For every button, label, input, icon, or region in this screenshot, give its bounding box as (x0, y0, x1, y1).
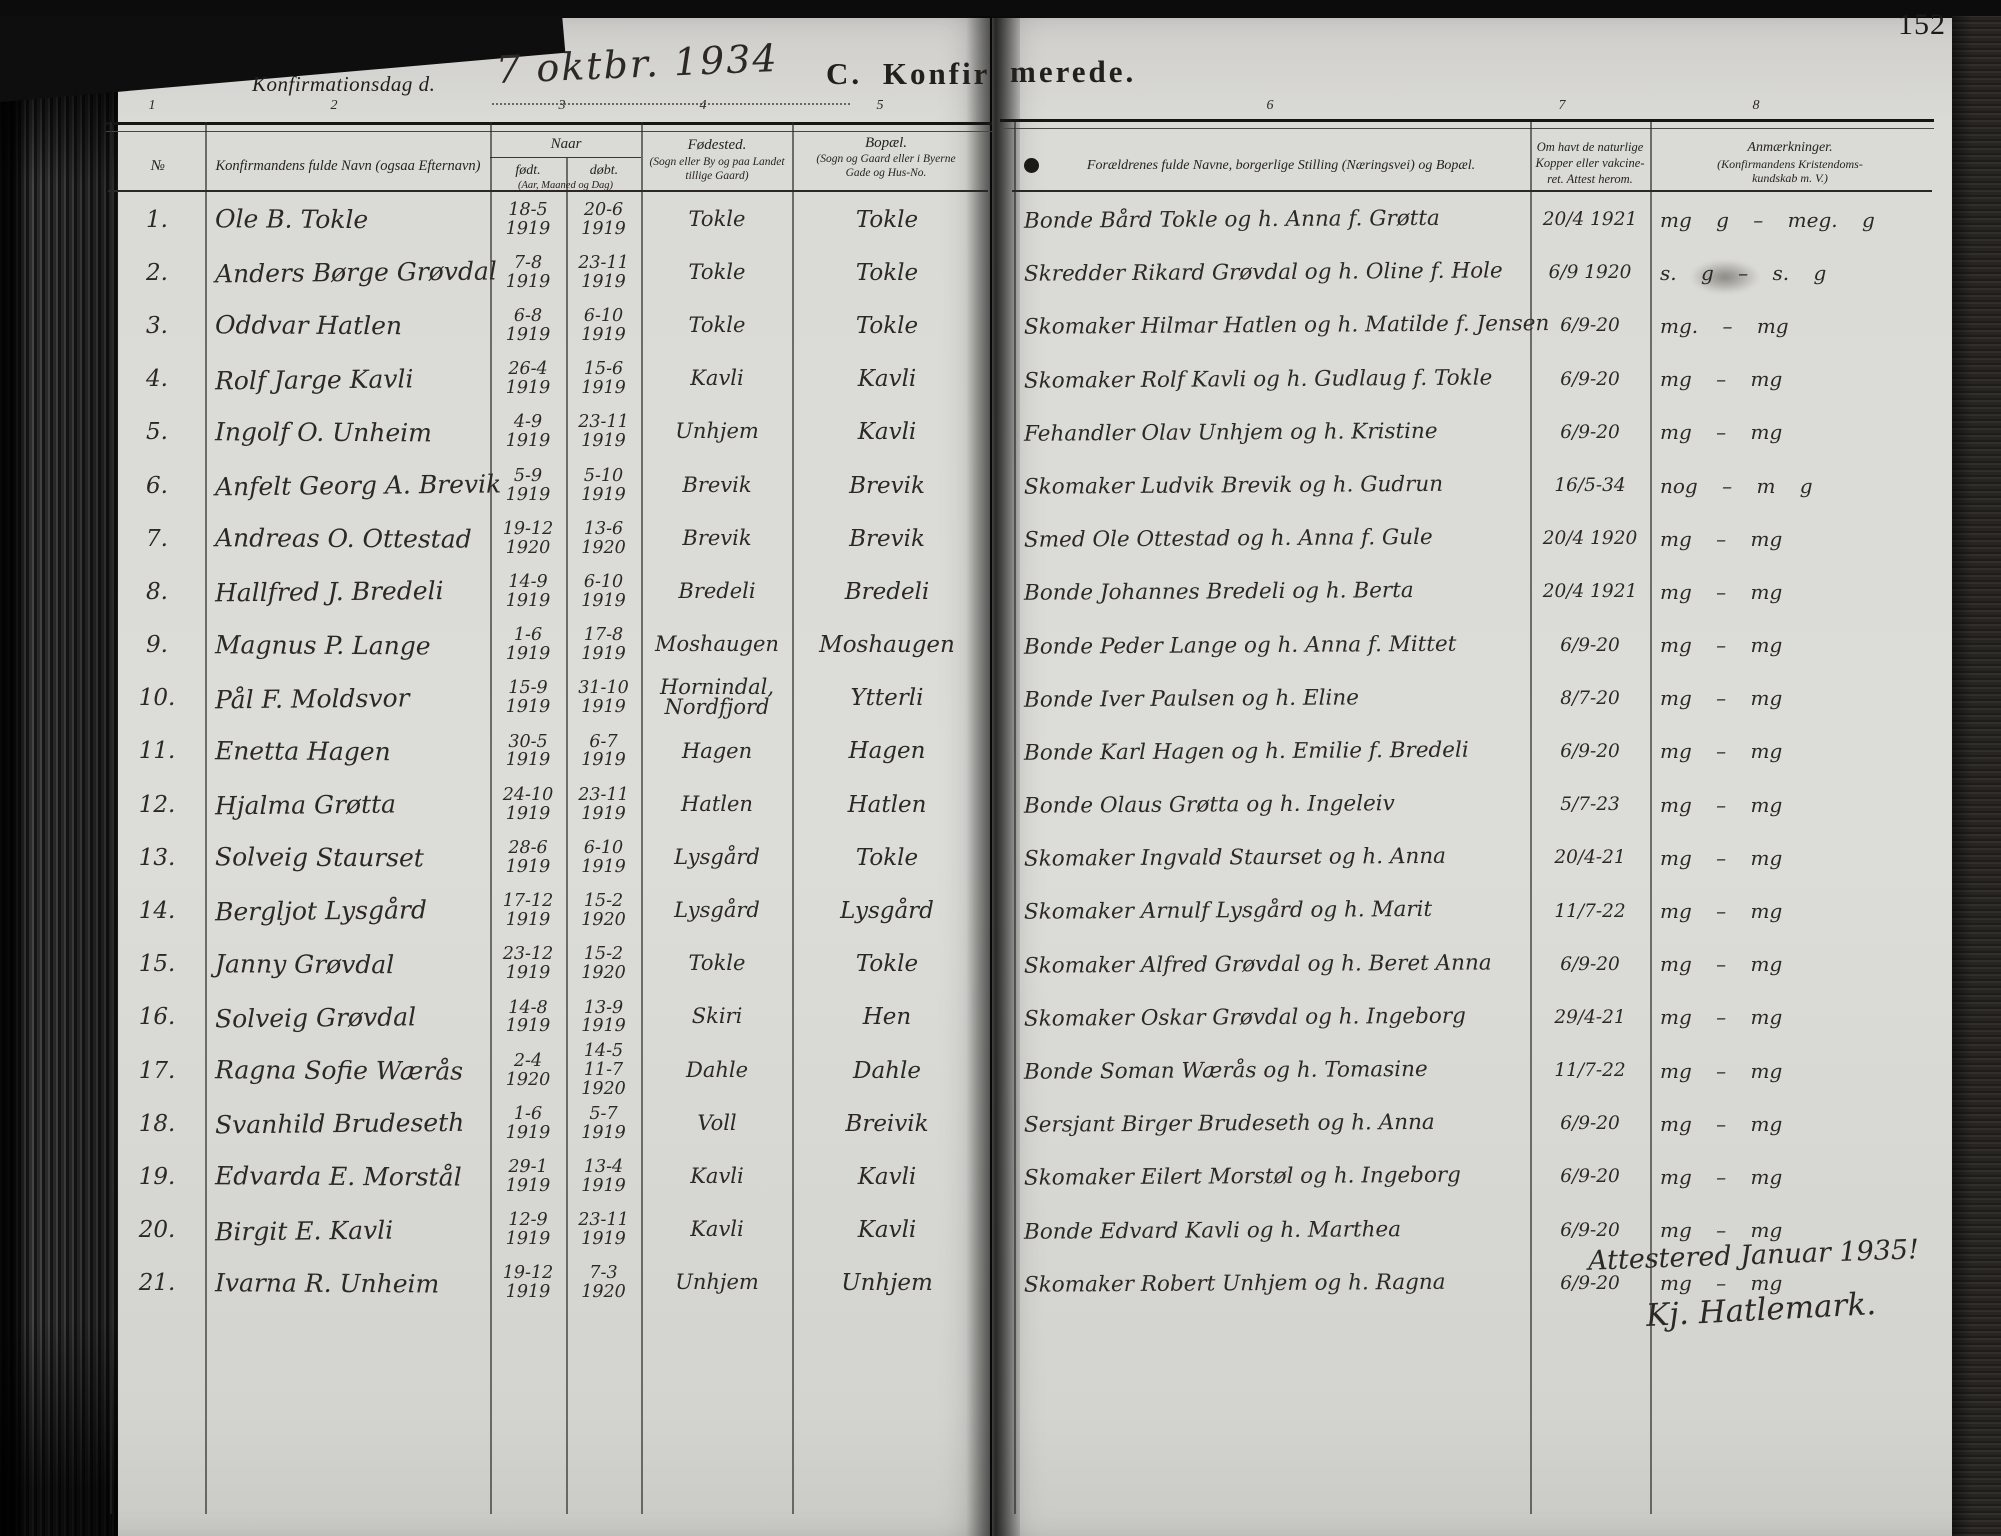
residence: Ytterli (796, 672, 978, 725)
born-day: 12-9 (492, 1211, 564, 1230)
vaccination-date: 6/9-20 (1534, 353, 1646, 406)
residence: Moshaugen (796, 619, 978, 672)
born-year: 1919 (492, 220, 564, 239)
confirmand-name: Solveig Grøvdal (215, 989, 488, 1045)
table-row: 19. Edvarda E. Morstål 29-1 1919 13-4 19… (0, 1150, 2001, 1203)
table-row: 5. Ingolf O. Unheim 4-9 1919 23-11 1919 … (0, 406, 2001, 459)
table-row: 1. Ole B. Tokle 18-5 1919 20-6 1919 Tokl… (0, 193, 2001, 246)
born-day: 28-6 (492, 839, 564, 858)
baptized-day: 6-10 (568, 839, 639, 858)
row-number: 18. (112, 1097, 202, 1150)
parents: Bonde Olaus Grøtta og h. Ingeleiv (1024, 776, 1526, 833)
header-bullet-icon (1024, 158, 1039, 173)
baptized-date: 23-11 1919 (568, 778, 639, 831)
baptized-date: 6-7 1919 (568, 725, 639, 778)
born-year: 1919 (492, 698, 564, 717)
remarks-grade: mg. – mg (1660, 299, 1916, 352)
born-date: 12-9 1919 (492, 1204, 564, 1257)
confirmand-name: Enetta Hagen (215, 724, 487, 779)
birthplace: Hagen (644, 725, 790, 778)
vaccination-date: 16/5-34 (1534, 459, 1646, 512)
baptized-year: 1919 (568, 326, 639, 345)
vaccination-date: 20/4 1921 (1534, 565, 1646, 618)
born-date: 4-9 1919 (492, 406, 564, 459)
born-day: 7-8 (492, 254, 564, 273)
row-number: 21. (112, 1257, 202, 1310)
baptized-date: 6-10 1919 (568, 565, 639, 618)
row-number: 3. (112, 299, 202, 352)
birthplace-text: Skiri (644, 1007, 790, 1027)
born-date: 14-8 1919 (492, 991, 564, 1044)
birthplace: Tokle (644, 246, 790, 299)
born-date: 14-9 1919 (492, 565, 564, 618)
born-day: 18-5 (492, 201, 564, 220)
baptized-year: 1920 (568, 964, 639, 983)
row-number: 6. (112, 459, 202, 512)
born-day: 6-8 (492, 307, 564, 326)
row-number: 20. (112, 1204, 202, 1257)
baptized-date: 23-11 1919 (568, 1204, 639, 1257)
row-number: 5. (112, 406, 202, 459)
residence: Kavli (796, 406, 978, 459)
residence: Hagen (796, 725, 978, 778)
birthplace: Hornindal, Nordfjord (644, 672, 790, 725)
vaccination-date: 20/4 1921 (1534, 193, 1646, 246)
birthplace-text: Lysgård (644, 901, 790, 921)
baptized-day: 23-11 (568, 254, 639, 273)
born-day: 19-12 (492, 1264, 564, 1283)
baptized-date: 15-6 1919 (568, 353, 639, 406)
birthplace: Moshaugen (644, 619, 790, 672)
born-day: 14-8 (492, 999, 564, 1018)
row-number: 4. (112, 353, 202, 406)
confirmand-name: Anfelt Georg A. Brevik (215, 458, 488, 514)
born-day: 23-12 (492, 945, 564, 964)
baptized-day: 23-11 (568, 1211, 639, 1230)
baptized-day: 13-4 (568, 1158, 639, 1177)
birthplace: Brevik (644, 459, 790, 512)
section-title-right: merede. (1010, 54, 1136, 90)
parents: Bonde Edvard Kavli og h. Marthea (1024, 1202, 1526, 1259)
residence: Kavli (796, 1204, 978, 1257)
residence: Tokle (796, 246, 978, 299)
row-number: 19. (112, 1150, 202, 1203)
born-date: 26-4 1919 (492, 353, 564, 406)
parents: Bonde Iver Paulsen og h. Eline (1024, 670, 1526, 727)
confirmand-name: Janny Grøvdal (215, 937, 487, 992)
birthplace-text: Brevik (644, 529, 790, 549)
header-residence-title: Bopæl. (794, 135, 978, 152)
birthplace-text: Hornindal, Nordfjord (644, 678, 790, 718)
table-row: 3. Oddvar Hatlen 6-8 1919 6-10 1919 Tokl… (0, 299, 2001, 352)
baptized-date: 15-2 1920 (568, 884, 639, 937)
header-birthplace-title: Fødested. (643, 137, 791, 154)
remarks-grade: mg – mg (1660, 512, 1916, 565)
column-number-2: 2 (331, 98, 338, 114)
birthplace: Skiri (644, 991, 790, 1044)
residence: Breivik (796, 1097, 978, 1150)
birthplace: Hatlen (644, 778, 790, 831)
birthplace-text: Tokle (644, 316, 790, 336)
birthplace-text: Kavli (644, 1220, 790, 1240)
parents: Bonde Bård Tokle og h. Anna f. Grøtta (1024, 191, 1526, 248)
born-day: 19-12 (492, 520, 564, 539)
header-remarks-sub2: kundskab m. V.) (1652, 171, 1928, 186)
birthplace: Brevik (644, 512, 790, 565)
parents: Bonde Peder Lange og h. Anna f. Mittet (1024, 617, 1526, 674)
column-number-5: 5 (877, 98, 884, 114)
remarks-grade: nog – m g (1660, 459, 1916, 512)
baptized-year: 1919 (568, 751, 639, 770)
born-date: 6-8 1919 (492, 299, 564, 352)
table-row: 16. Solveig Grøvdal 14-8 1919 13-9 1919 … (0, 991, 2001, 1044)
baptized-date: 17-8 1919 (568, 619, 639, 672)
born-date: 23-12 1919 (492, 938, 564, 991)
header-baptized: døbt. (567, 163, 641, 179)
born-year: 1919 (492, 805, 564, 824)
born-date: 19-12 1920 (492, 512, 564, 565)
baptized-year: 1919 (568, 645, 639, 664)
residence: Bredeli (796, 565, 978, 618)
remarks-grade: mg – mg (1660, 831, 1916, 884)
born-year: 1920 (492, 539, 564, 558)
birthplace-text: Hatlen (644, 795, 790, 815)
vaccination-date: 6/9-20 (1534, 725, 1646, 778)
born-year: 1919 (492, 592, 564, 611)
baptized-date: 5-7 1919 (568, 1097, 639, 1150)
birthplace: Tokle (644, 299, 790, 352)
residence: Brevik (796, 512, 978, 565)
born-day: 30-5 (492, 733, 564, 752)
baptized-year: 1920 (568, 1080, 639, 1099)
vaccination-date: 6/9-20 (1534, 299, 1646, 352)
baptized-year: 1919 (568, 1017, 639, 1036)
baptized-day: 15-2 (568, 892, 639, 911)
born-date: 18-5 1919 (492, 193, 564, 246)
baptized-day: 23-11 (568, 413, 639, 432)
birthplace-text: Hagen (644, 742, 790, 762)
baptized-date: 31-10 1919 (568, 672, 639, 725)
born-day: 15-9 (492, 679, 564, 698)
vaccination-date: 20/4 1920 (1534, 512, 1646, 565)
row-number: 1. (112, 193, 202, 246)
vaccination-date: 6/9-20 (1534, 1150, 1646, 1203)
header-when-sub: (Aar, Maaned og Dag) (489, 180, 642, 191)
born-year: 1919 (492, 273, 564, 292)
table-row: 2. Anders Børge Grøvdal 7-8 1919 23-11 1… (0, 246, 2001, 299)
column-number-6: 6 (1267, 98, 1274, 114)
confirmand-name: Ivarna R. Unheim (215, 1256, 487, 1311)
baptized-day: 17-8 (568, 626, 639, 645)
residence: Unhjem (796, 1257, 978, 1310)
baptized-date: 13-9 1919 (568, 991, 639, 1044)
birthplace: Unhjem (644, 1257, 790, 1310)
born-date: 29-1 1919 (492, 1150, 564, 1203)
birthplace: Dahle (644, 1044, 790, 1097)
remarks-grade: mg – mg (1660, 991, 1916, 1044)
parents: Smed Ole Ottestad og h. Anna f. Gule (1024, 510, 1526, 567)
row-number: 15. (112, 938, 202, 991)
table-row: 10. Pål F. Moldsvor 15-9 1919 31-10 1919… (0, 672, 2001, 725)
baptized-date: 20-6 1919 (568, 193, 639, 246)
baptized-day: 14-5 11-7 (568, 1042, 639, 1080)
row-number: 8. (112, 565, 202, 618)
residence: Brevik (796, 459, 978, 512)
birthplace-text: Voll (644, 1114, 790, 1134)
born-year: 1919 (492, 379, 564, 398)
parents: Sersjant Birger Brudeseth og h. Anna (1024, 1095, 1526, 1152)
column-number-1: 1 (149, 98, 156, 114)
header-vaccination-line1: Om havt de naturlige (1532, 140, 1648, 155)
row-number: 2. (112, 246, 202, 299)
header-no: № (112, 158, 204, 175)
residence: Dahle (796, 1044, 978, 1097)
vaccination-date: 5/7-23 (1534, 778, 1646, 831)
residence: Tokle (796, 938, 978, 991)
baptized-date: 13-4 1919 (568, 1150, 639, 1203)
header-vaccination-line3: ret. Attest herom. (1532, 172, 1648, 187)
residence: Tokle (796, 193, 978, 246)
born-date: 7-8 1919 (492, 246, 564, 299)
row-number: 10. (112, 672, 202, 725)
born-date: 5-9 1919 (492, 459, 564, 512)
table-row: 9. Magnus P. Lange 1-6 1919 17-8 1919 Mo… (0, 619, 2001, 672)
born-date: 17-12 1919 (492, 884, 564, 937)
remarks-grade: mg – mg (1660, 353, 1916, 406)
vaccination-date: 29/4-21 (1534, 991, 1646, 1044)
baptized-year: 1919 (568, 273, 639, 292)
table-row: 7. Andreas O. Ottestad 19-12 1920 13-6 1… (0, 512, 2001, 565)
confirmand-name: Rolf Jarge Kavli (215, 351, 488, 407)
confirmand-name: Svanhild Brudeseth (215, 1096, 488, 1152)
vaccination-date: 6/9-20 (1534, 1097, 1646, 1150)
residence: Hatlen (796, 778, 978, 831)
remarks-grade: mg – mg (1660, 778, 1916, 831)
remarks-grade: mg – mg (1660, 938, 1916, 991)
header-vaccination-line2: Kopper eller vakcine- (1532, 156, 1648, 171)
baptized-date: 7-3 1920 (568, 1257, 639, 1310)
baptized-date: 15-2 1920 (568, 938, 639, 991)
baptized-date: 23-11 1919 (568, 406, 639, 459)
birthplace: Bredeli (644, 565, 790, 618)
parents: Skomaker Alfred Grøvdal og h. Beret Anna (1024, 936, 1526, 993)
confirmand-name: Edvarda E. Morstål (215, 1150, 487, 1205)
born-year: 1919 (492, 751, 564, 770)
born-day: 1-6 (492, 1105, 564, 1124)
born-date: 15-9 1919 (492, 672, 564, 725)
baptized-day: 23-11 (568, 786, 639, 805)
confirmand-name: Hjalma Grøtta (215, 777, 488, 833)
baptized-day: 31-10 (568, 679, 639, 698)
vaccination-date: 6/9-20 (1534, 938, 1646, 991)
birthplace: Unhjem (644, 406, 790, 459)
row-number: 17. (112, 1044, 202, 1097)
born-day: 24-10 (492, 786, 564, 805)
confirmand-name: Magnus P. Lange (215, 618, 487, 673)
table-row: 17. Ragna Sofie Wærås 2-4 1920 14-5 11-7… (0, 1044, 2001, 1097)
baptized-year: 1919 (568, 1230, 639, 1249)
baptized-day: 6-10 (568, 307, 639, 326)
row-number: 16. (112, 991, 202, 1044)
remarks-grade: mg – mg (1660, 406, 1916, 459)
birthplace: Kavli (644, 1204, 790, 1257)
baptized-day: 15-2 (568, 945, 639, 964)
born-year: 1919 (492, 432, 564, 451)
confirmand-name: Birgit E. Kavli (215, 1202, 488, 1258)
born-year: 1919 (492, 1283, 564, 1302)
parents: Skomaker Oskar Grøvdal og h. Ingeborg (1024, 989, 1526, 1046)
baptized-year: 1919 (568, 432, 639, 451)
parents: Skredder Rikard Grøvdal og h. Oline f. H… (1024, 244, 1526, 301)
parents: Skomaker Eilert Morstøl og h. Ingeborg (1024, 1149, 1526, 1206)
header-parents: Forældrenes fulde Navne, borgerlige Stil… (1046, 158, 1516, 174)
table-top-thin-rule-right (1000, 128, 1934, 129)
table-top-thin-rule-left (106, 131, 992, 132)
vaccination-date: 11/7-22 (1534, 1044, 1646, 1097)
parents: Fehandler Olav Unhjem og h. Kristine (1024, 404, 1526, 461)
remarks-grade: mg – mg (1660, 619, 1916, 672)
confirmand-name: Solveig Staurset (215, 831, 487, 886)
table-row: 18. Svanhild Brudeseth 1-6 1919 5-7 1919… (0, 1097, 2001, 1150)
born-day: 14-9 (492, 573, 564, 592)
residence: Tokle (796, 831, 978, 884)
row-number: 7. (112, 512, 202, 565)
confirmand-name: Ingolf O. Unheim (215, 405, 487, 460)
remarks-grade: mg – mg (1660, 1097, 1916, 1150)
confirmation-day-underline (492, 103, 850, 105)
born-date: 24-10 1919 (492, 778, 564, 831)
baptized-year: 1919 (568, 858, 639, 877)
remarks-grade: mg – mg (1660, 725, 1916, 778)
header-when: Naar (491, 136, 641, 153)
column-number-7: 7 (1559, 98, 1566, 114)
born-year: 1919 (492, 858, 564, 877)
header-birthplace-sub2: tillige Gaard) (641, 170, 793, 182)
header-birthplace-sub1: (Sogn eller By og paa Landet (641, 156, 793, 168)
baptized-day: 15-6 (568, 360, 639, 379)
row-number: 12. (112, 778, 202, 831)
born-date: 1-6 1919 (492, 619, 564, 672)
baptized-date: 14-5 11-7 1920 (568, 1044, 639, 1097)
baptized-day: 6-7 (568, 733, 639, 752)
remarks-grade: mg g – meg. g (1660, 193, 1916, 246)
remarks-grade: s. g – s. g (1660, 246, 1916, 299)
column-number-4: 4 (700, 98, 707, 114)
row-number: 9. (112, 619, 202, 672)
born-year: 1919 (492, 326, 564, 345)
parents: Skomaker Rolf Kavli og h. Gudlaug f. Tok… (1024, 351, 1526, 408)
baptized-day: 6-10 (568, 573, 639, 592)
table-top-rule-right (1000, 119, 1934, 122)
rows: 1. Ole B. Tokle 18-5 1919 20-6 1919 Tokl… (0, 193, 2001, 1310)
confirmand-name: Bergljot Lysgård (215, 883, 488, 939)
born-date: 30-5 1919 (492, 725, 564, 778)
birthplace: Tokle (644, 193, 790, 246)
baptized-year: 1920 (568, 1283, 639, 1302)
header-residence-sub1: (Sogn og Gaard eller i Byerne (792, 153, 980, 165)
header-born: født. (491, 163, 565, 179)
birthplace-text: Dahle (644, 1061, 790, 1081)
born-day: 1-6 (492, 626, 564, 645)
table-row: 4. Rolf Jarge Kavli 26-4 1919 15-6 1919 … (0, 353, 2001, 406)
vaccination-date: 20/4-21 (1534, 831, 1646, 884)
baptized-year: 1920 (568, 911, 639, 930)
birthplace-text: Unhjem (644, 1273, 790, 1293)
parents: Skomaker Arnulf Lysgård og h. Marit (1024, 883, 1526, 940)
baptized-year: 1919 (568, 1177, 639, 1196)
born-year: 1919 (492, 1177, 564, 1196)
parents: Bonde Karl Hagen og h. Emilie f. Bredeli (1024, 723, 1526, 780)
table-row: 15. Janny Grøvdal 23-12 1919 15-2 1920 T… (0, 938, 2001, 991)
baptized-year: 1919 (568, 698, 639, 717)
baptized-date: 23-11 1919 (568, 246, 639, 299)
birthplace-text: Moshaugen (644, 635, 790, 655)
confirmand-name: Oddvar Hatlen (215, 299, 487, 354)
residence: Kavli (796, 353, 978, 406)
birthplace-text: Kavli (644, 1167, 790, 1187)
table-row: 8. Hallfred J. Bredeli 14-9 1919 6-10 19… (0, 565, 2001, 618)
column-number-3: 3 (559, 98, 566, 114)
born-year: 1919 (492, 911, 564, 930)
born-year: 1920 (492, 1071, 564, 1090)
row-number: 13. (112, 831, 202, 884)
row-number: 11. (112, 725, 202, 778)
born-day: 4-9 (492, 413, 564, 432)
remarks-grade: mg – mg (1660, 672, 1916, 725)
parents: Skomaker Ludvik Brevik og h. Gudrun (1024, 457, 1526, 514)
confirmand-name: Ragna Sofie Wærås (215, 1043, 487, 1098)
confirmation-day-label: Konfirmationsdag d. (252, 72, 435, 97)
born-year: 1919 (492, 1017, 564, 1036)
born-day: 2-4 (492, 1052, 564, 1071)
confirmand-name: Anders Børge Grøvdal (215, 245, 488, 301)
scan-top-edge (0, 0, 2001, 16)
birthplace-text: Unhjem (644, 422, 790, 442)
baptized-year: 1919 (568, 486, 639, 505)
remarks-grade: mg – mg (1660, 884, 1916, 937)
born-year: 1919 (492, 1124, 564, 1143)
born-year: 1919 (492, 1230, 564, 1249)
baptized-year: 1919 (568, 1124, 639, 1143)
birthplace-text: Tokle (644, 954, 790, 974)
baptized-day: 20-6 (568, 201, 639, 220)
baptized-year: 1919 (568, 220, 639, 239)
birthplace-text: Kavli (644, 369, 790, 389)
baptized-day: 7-3 (568, 1264, 639, 1283)
birthplace: Kavli (644, 353, 790, 406)
remarks-grade: mg – mg (1660, 565, 1916, 618)
column-number-8: 8 (1753, 98, 1760, 114)
vaccination-date: 11/7-22 (1534, 884, 1646, 937)
birthplace: Lysgård (644, 831, 790, 884)
born-date: 19-12 1919 (492, 1257, 564, 1310)
baptized-date: 5-10 1919 (568, 459, 639, 512)
parents: Skomaker Hilmar Hatlen og h. Matilde f. … (1024, 298, 1526, 355)
baptized-date: 6-10 1919 (568, 299, 639, 352)
born-year: 1919 (492, 486, 564, 505)
confirmand-name: Ole B. Tokle (215, 192, 487, 247)
born-year: 1919 (492, 645, 564, 664)
header-remarks-title: Anmærkninger. (1652, 140, 1928, 156)
header-confirmand-name: Konfirmandens fulde Navn (ogsaa Efternav… (206, 158, 490, 175)
table-row: 11. Enetta Hagen 30-5 1919 6-7 1919 Hage… (0, 725, 2001, 778)
vaccination-date: 6/9-20 (1534, 406, 1646, 459)
remarks-grade: mg – mg (1660, 1150, 1916, 1203)
baptized-year: 1919 (568, 805, 639, 824)
parents: Skomaker Robert Unhjem og h. Ragna (1024, 1255, 1526, 1312)
residence: Tokle (796, 299, 978, 352)
parents: Bonde Soman Wærås og h. Tomasine (1024, 1042, 1526, 1099)
